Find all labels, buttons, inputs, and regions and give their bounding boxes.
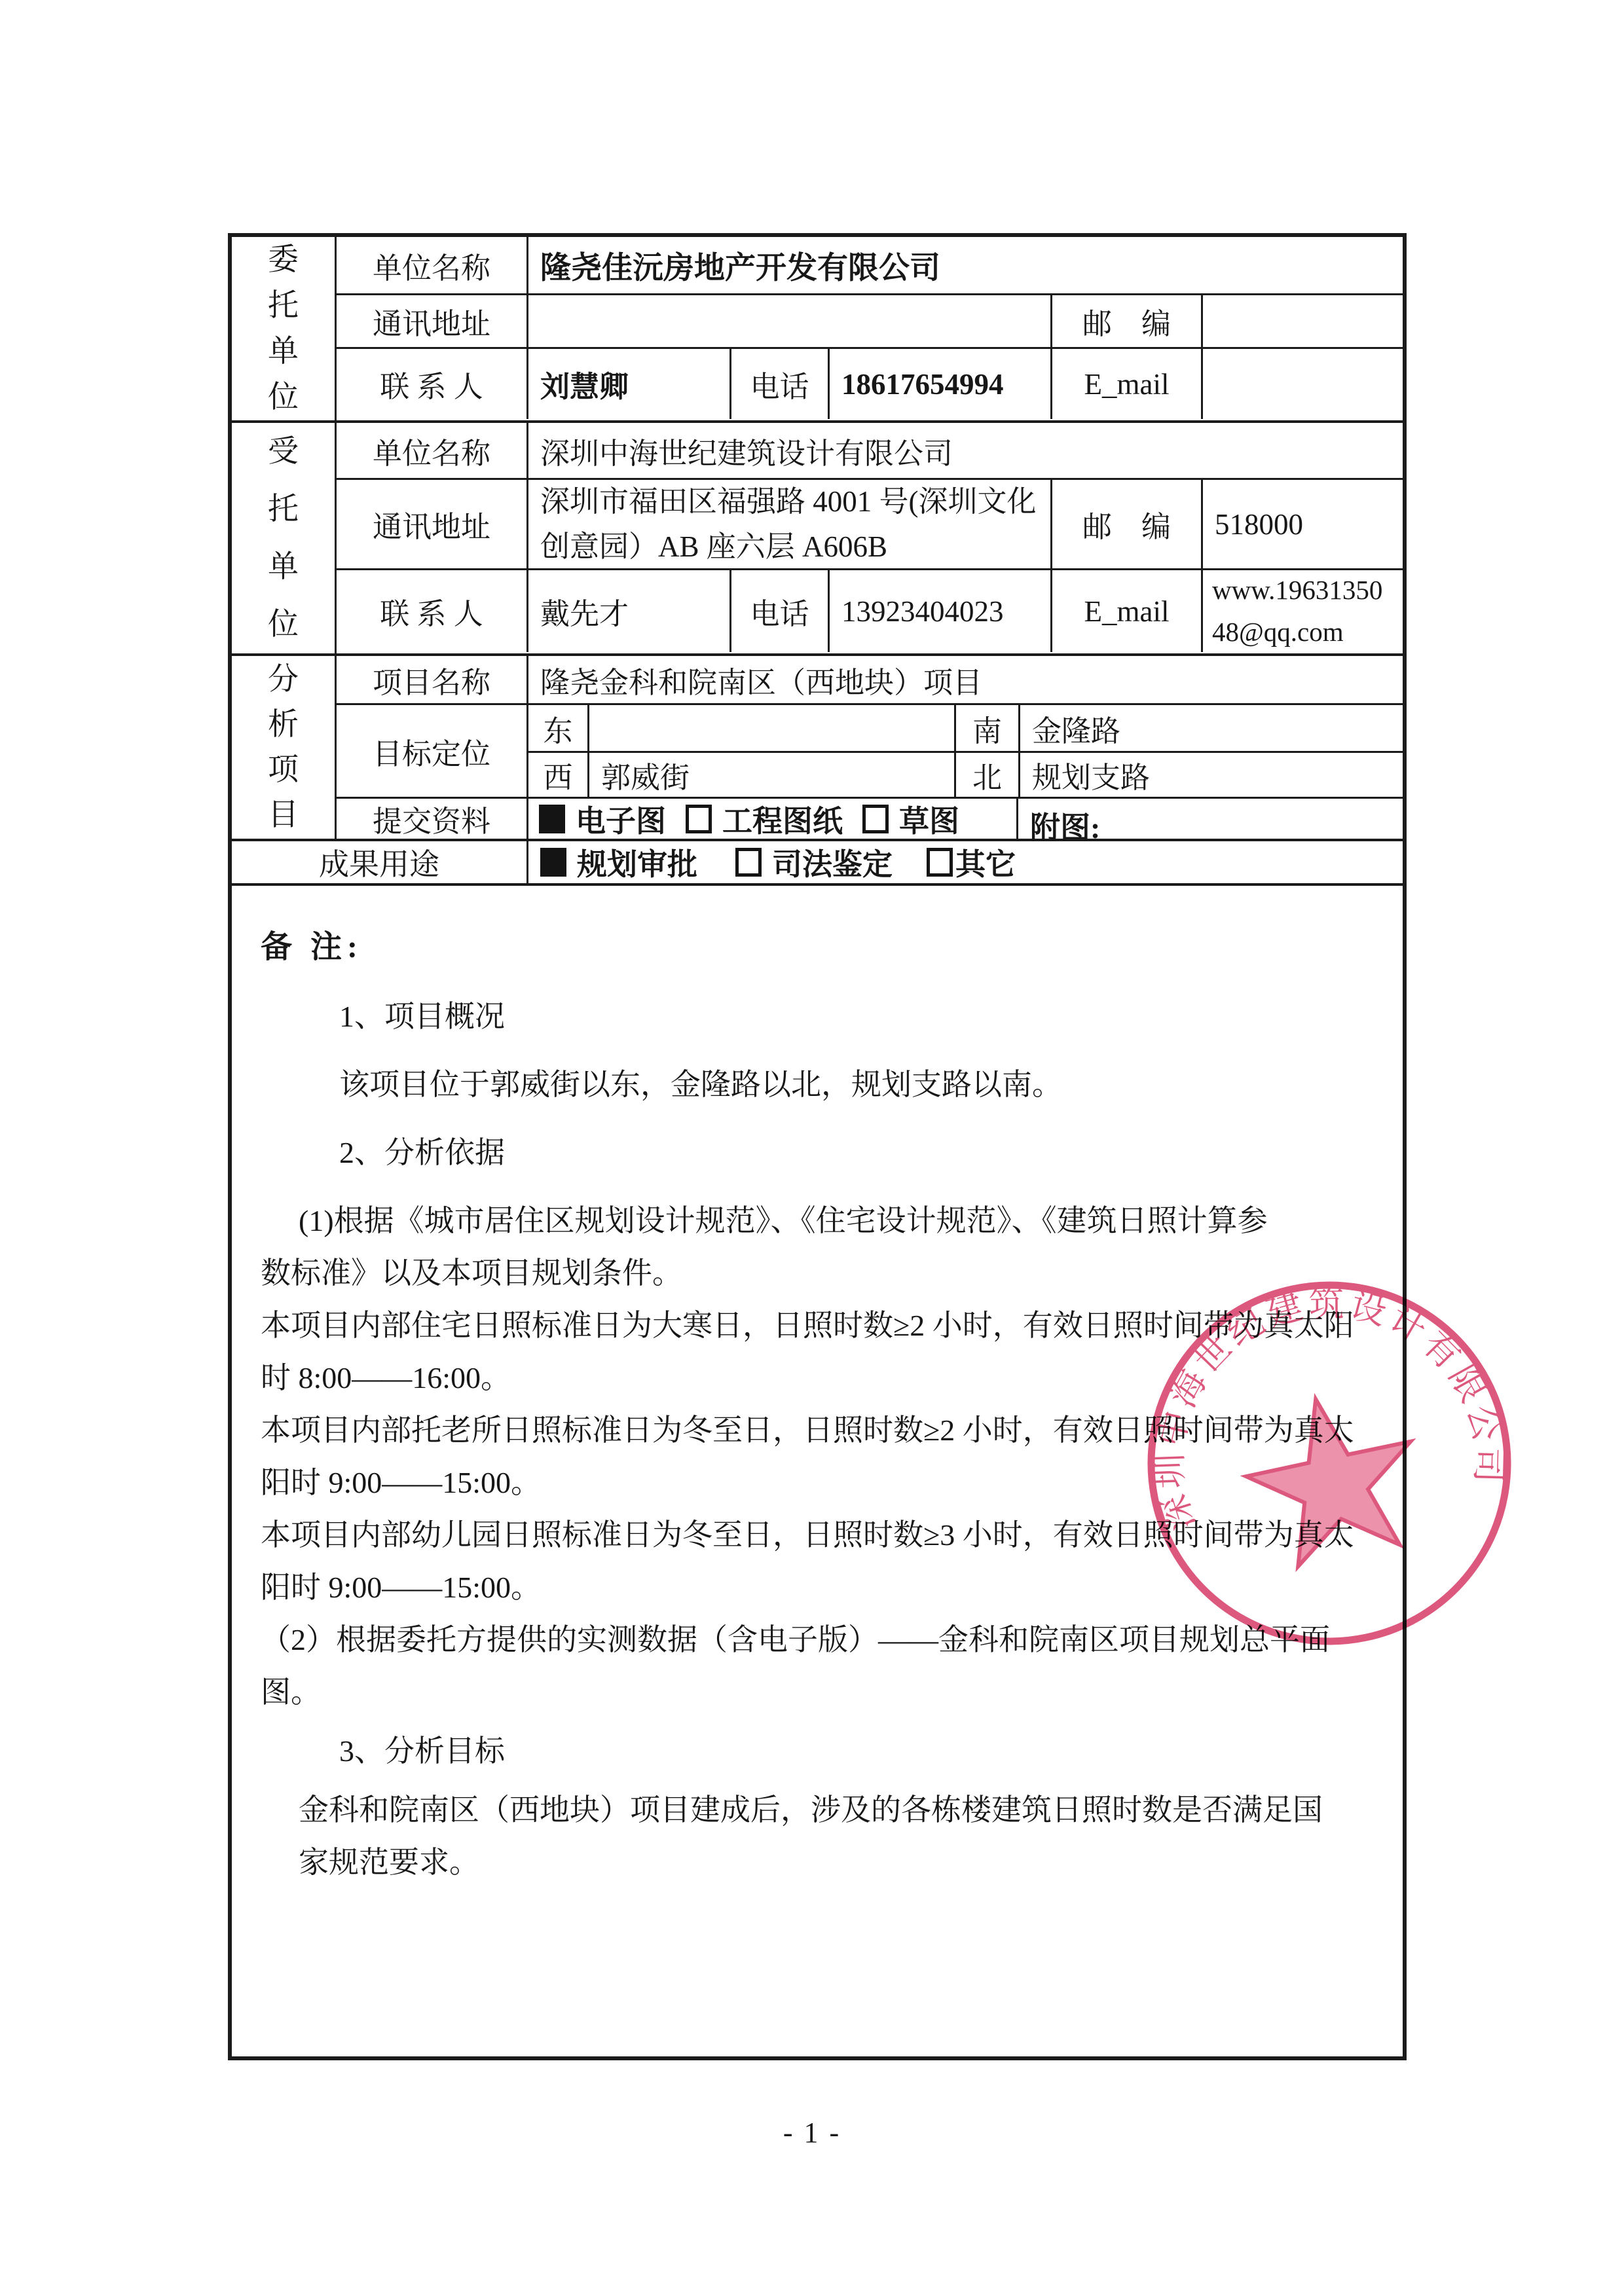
option-sketch: 草图 [843, 797, 959, 841]
option-label: 电子图 [576, 797, 666, 841]
project-group: 分 析 项 目 项目名称 隆尧金科和院南区（西地块）项目 目标定位 东 南 金隆… [232, 653, 1403, 839]
consignee-addr-label: 通讯地址 [337, 480, 526, 568]
table-row: 单位名称 隆尧佳沅房地产开发有限公司 [337, 237, 1403, 293]
remarks-line: 数标准》以及本项目规划条件。 [261, 1247, 1376, 1300]
project-name-value: 隆尧金科和院南区（西地块）项目 [526, 656, 1403, 703]
project-name-label: 项目名称 [337, 656, 526, 703]
client-postal-label: 邮 编 [1050, 295, 1201, 347]
remarks-line: 阳时 9:00——15:00。 [261, 1457, 1376, 1509]
client-group-label-cell: 委 托 单 位 [232, 237, 337, 420]
client-phone-label: 电话 [729, 349, 828, 419]
table-row: 提交资料 电子图 工程图纸 草图 [337, 797, 1403, 839]
client-phone-value: 18617654994 [828, 349, 1050, 419]
checkbox-unchecked-icon [927, 848, 953, 877]
client-contact-label: 联 系 人 [337, 349, 526, 419]
remarks-line: (1)根据《城市居住区规划设计规范》、《住宅设计规范》、《建筑日照计算参 [261, 1195, 1376, 1247]
east-value [587, 705, 954, 751]
table-row: 联 系 人 刘慧卿 电话 18617654994 E_mail [337, 347, 1403, 419]
consignee-group-label-cell: 受 托 单 位 [232, 423, 337, 653]
remarks-line: 3、分析目标 [261, 1725, 1376, 1777]
north-label: 北 [954, 753, 1018, 797]
commission-form: 委 托 单 位 单位名称 隆尧佳沅房地产开发有限公司 通讯地址 邮 编 联 系 … [228, 233, 1407, 2060]
remarks-line: 时 8:00——16:00。 [261, 1352, 1376, 1404]
remarks-line: 家规范要求。 [261, 1836, 1376, 1889]
checkbox-unchecked-icon [862, 805, 889, 833]
consignee-name-value: 深圳中海世纪建筑设计有限公司 [526, 423, 1403, 478]
remarks-line: 本项目内部托老所日照标准日为冬至日，日照时数≥2 小时，有效日照时间带为真太 [261, 1404, 1376, 1457]
client-group: 委 托 单 位 单位名称 隆尧佳沅房地产开发有限公司 通讯地址 邮 编 联 系 … [232, 237, 1403, 420]
option-label: 草图 [899, 797, 959, 841]
consignee-addr-value: 深圳市福田区福强路 4001 号(深圳文化创意园）AB 座六层 A606B [526, 480, 1050, 568]
option-label: 规划审批 [577, 841, 697, 884]
target-position-rows: 目标定位 东 南 金隆路 西 郭威街 北 规划支路 [337, 703, 1403, 797]
south-label: 南 [954, 705, 1018, 751]
table-row: 联 系 人 戴先才 电话 13923404023 E_mail www.1963… [337, 568, 1403, 652]
consignee-name-label: 单位名称 [337, 423, 526, 478]
consignee-email-value: www.1963135048@qq.com [1201, 570, 1403, 652]
table-row: 单位名称 深圳中海世纪建筑设计有限公司 [337, 423, 1403, 478]
east-label: 东 [528, 705, 587, 751]
client-email-label: E_mail [1050, 349, 1201, 419]
client-email-value [1201, 349, 1403, 419]
option-label: 司法鉴定 [772, 841, 893, 884]
client-addr-label: 通讯地址 [337, 295, 526, 347]
consignee-phone-value: 13923404023 [828, 570, 1050, 652]
consignee-contact-label: 联 系 人 [337, 570, 526, 652]
checkbox-checked-icon [539, 805, 565, 833]
client-contact-value: 刘慧卿 [526, 349, 729, 419]
south-value: 金隆路 [1018, 705, 1403, 751]
table-row: 通讯地址 邮 编 [337, 293, 1403, 347]
remarks-line: 2、分析依据 [261, 1127, 1376, 1179]
consignee-group: 受 托 单 位 单位名称 深圳中海世纪建筑设计有限公司 通讯地址 深圳市福田区福… [232, 420, 1403, 653]
option-engineering-drawing: 工程图纸 [666, 797, 843, 841]
submit-material-options: 电子图 工程图纸 草图 [526, 799, 1016, 839]
remarks-line: 本项目内部住宅日照标准日为大寒日，日照时数≥2 小时，有效日照时间带为真太阳 [261, 1300, 1376, 1352]
client-name-label: 单位名称 [337, 237, 526, 293]
project-group-label: 分 析 项 目 [268, 657, 299, 838]
remarks-section: 备 注: 1、项目概况 该项目位于郭威街以东，金隆路以北，规划支路以南。 2、分… [232, 883, 1403, 2056]
consignee-phone-label: 电话 [729, 570, 828, 652]
result-usage-row: 成果用途 规划审批 司法鉴定 其它 [232, 839, 1403, 883]
remarks-line: 本项目内部幼儿园日照标准日为冬至日，日照时数≥3 小时，有效日照时间带为真太 [261, 1509, 1376, 1561]
client-addr-value [526, 295, 1050, 347]
remarks-line: （2）根据委托方提供的实测数据（含电子版）——金科和院南区项目规划总平面图。 [261, 1614, 1376, 1719]
west-label: 西 [528, 753, 587, 797]
option-judicial-appraisal: 司法鉴定 [697, 841, 893, 884]
attached-drawing-label: 附图: [1016, 799, 1403, 839]
west-value: 郭威街 [587, 753, 954, 797]
client-postal-value [1201, 295, 1403, 347]
checkbox-checked-icon [540, 848, 566, 877]
document-page: 委 托 单 位 单位名称 隆尧佳沅房地产开发有限公司 通讯地址 邮 编 联 系 … [0, 0, 1624, 2296]
client-group-label: 委 托 单 位 [268, 237, 299, 420]
result-usage-options: 规划审批 司法鉴定 其它 [528, 841, 1403, 883]
client-name-value: 隆尧佳沅房地产开发有限公司 [526, 237, 1403, 293]
consignee-email-label: E_mail [1050, 570, 1201, 652]
option-label: 工程图纸 [722, 797, 843, 841]
remarks-title: 备 注: [261, 920, 1376, 975]
remarks-line: 金科和院南区（西地块）项目建成后，涉及的各栋楼建筑日照时数是否满足国 [261, 1784, 1376, 1836]
option-label: 其它 [955, 841, 1016, 884]
north-value: 规划支路 [1018, 753, 1403, 797]
option-other: 其它 [893, 841, 1016, 884]
consignee-postal-label: 邮 编 [1050, 480, 1201, 568]
page-number: - 1 - [0, 2116, 1624, 2149]
remarks-line: 该项目位于郭威街以东，金隆路以北，规划支路以南。 [261, 1059, 1376, 1111]
table-row: 项目名称 隆尧金科和院南区（西地块）项目 [337, 656, 1403, 703]
table-row: 西 郭威街 北 规划支路 [528, 751, 1403, 797]
checkbox-unchecked-icon [686, 805, 712, 833]
target-position-label: 目标定位 [337, 705, 526, 797]
option-electronic-drawing: 电子图 [531, 797, 666, 841]
result-usage-label: 成果用途 [232, 841, 528, 883]
consignee-contact-value: 戴先才 [526, 570, 729, 652]
remarks-line: 阳时 9:00——15:00。 [261, 1561, 1376, 1614]
consignee-postal-value: 518000 [1201, 480, 1403, 568]
option-planning-approval: 规划审批 [531, 841, 697, 884]
table-row: 通讯地址 深圳市福田区福强路 4001 号(深圳文化创意园）AB 座六层 A60… [337, 478, 1403, 568]
checkbox-unchecked-icon [735, 848, 762, 877]
consignee-group-label: 受 托 单 位 [268, 423, 299, 653]
project-group-label-cell: 分 析 项 目 [232, 656, 337, 839]
submit-material-label: 提交资料 [337, 799, 526, 839]
remarks-line: 1、项目概况 [261, 991, 1376, 1043]
table-row: 东 南 金隆路 [528, 705, 1403, 751]
